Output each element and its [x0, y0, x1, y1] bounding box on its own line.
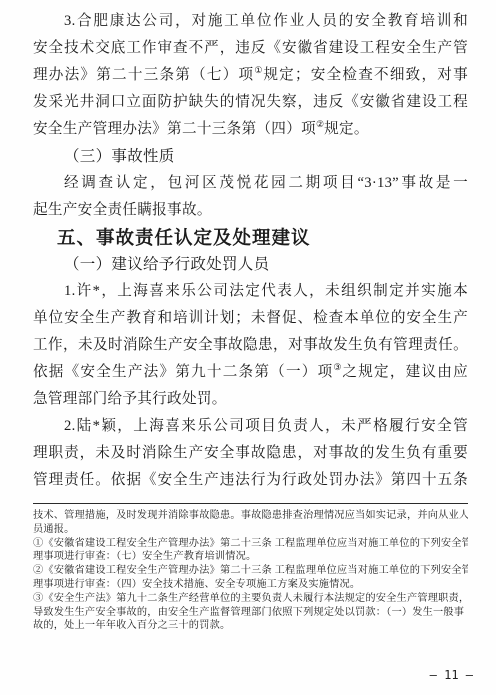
- footnote-line: 员通报。: [33, 523, 468, 537]
- body-line: 管理责任。依据《安全生产违法行为行政处罚办法》第四十五条: [33, 467, 468, 494]
- body-line-text: 安全生产管理办法》第二十三条第（四）项: [33, 121, 316, 137]
- footnote-line: 导致发生生产安全事故的，由安全生产监督管理部门依照下列规定处以罚款：（一）发生一…: [33, 606, 468, 620]
- section-heading-text: 五、事故责任认定及处理建议: [57, 227, 311, 248]
- body-line: 起生产安全责任瞒报事故。: [33, 197, 468, 224]
- page-number: – 11 –: [430, 668, 473, 682]
- subsection-heading-accident-nature: （三）事故性质: [33, 143, 468, 170]
- body-line-text: 发采光井洞口立面防护缺失的情况失察，违反《安徽省建设工程: [33, 94, 468, 110]
- body-line: 工作，未及时消除生产安全事故隐患，对事故发生负有管理责任。: [33, 332, 468, 359]
- body-line-text: 2.陆*颖，上海喜来乐公司项目负责人，未严格履行安全管: [64, 418, 468, 434]
- footnote-separator: [33, 503, 468, 504]
- subsection-heading-admin-penalty: （一）建议给予行政处罚人员: [33, 251, 468, 278]
- body-line-text: 规定。: [324, 121, 369, 137]
- footnote-line: 故的，处上一年年收入百分之三十的罚款。: [33, 619, 468, 633]
- body-line: 1.许*，上海喜来乐公司法定代表人，未组织制定并实施本: [33, 278, 468, 305]
- body-line-text: 工作，未及时消除生产安全事故隐患，对事故发生负有管理责任。: [33, 337, 468, 353]
- body-line-text: 急管理部门给予其行政处罚。: [33, 391, 227, 407]
- footnote-line: 技术、管理措施，及时发现并消除事故隐患。事故隐患排查治理情况应当如实记录，并向从…: [33, 509, 468, 523]
- document-page: 3.合肥康达公司，对施工单位作业人员的安全教育培训和 安全技术交底工作审查不严，…: [0, 0, 496, 695]
- body-line-text: 3.合肥康达公司，对施工单位作业人员的安全教育培训和: [64, 13, 468, 29]
- footnote-line: ③《安全生产法》第九十二条生产经营单位的主要负责人未履行本法规定的安全生产管理职…: [33, 592, 468, 606]
- body-line: 3.合肥康达公司，对施工单位作业人员的安全教育培训和: [33, 8, 468, 35]
- body-line-text: 依据《安全生产法》第九十二条第（一）项: [33, 364, 333, 380]
- body-line: 依据《安全生产法》第九十二条第（一）项③之规定，建议由应: [33, 359, 468, 386]
- body-line-text: 1.许*，上海喜来乐公司法定代表人，未组织制定并实施本: [64, 283, 468, 299]
- body-line-text: 规定；安全检查不细致，对事: [263, 67, 468, 83]
- body-line: 理职责，未及时消除生产安全事故隐患，对事故的发生负有重要: [33, 440, 468, 467]
- body-line: 发采光井洞口立面防护缺失的情况失察，违反《安徽省建设工程: [33, 89, 468, 116]
- body-line: 单位安全生产教育和培训计划；未督促、检查本单位的安全生产: [33, 305, 468, 332]
- subsection-heading-text: （三）事故性质: [64, 148, 175, 165]
- footnote-line: ②《安徽省建设工程安全生产管理办法》第二十三条 工程监理单位应当对施工单位的下列…: [33, 564, 468, 578]
- footnote-line: 理事项进行审查：（七）安全生产教育培训情况。: [33, 550, 468, 564]
- body-line-text: 单位安全生产教育和培训计划；未督促、检查本单位的安全生产: [33, 310, 468, 326]
- subsection-heading-text: （一）建议给予行政处罚人员: [64, 256, 269, 273]
- body-line-text: 之规定，建议由应: [342, 364, 468, 380]
- body-line-text: 起生产安全责任瞒报事故。: [33, 202, 212, 218]
- body-line: 安全生产管理办法》第二十三条第（四）项②规定。: [33, 116, 468, 143]
- body-line: 2.陆*颖，上海喜来乐公司项目负责人，未严格履行安全管: [33, 413, 468, 440]
- footnote-line: ①《安徽省建设工程安全生产管理办法》第二十三条 工程监理单位应当对施工单位的下列…: [33, 537, 468, 551]
- body-line-text: 理办法》第二十三条第（七）项: [33, 67, 254, 83]
- section-heading-responsibility: 五、事故责任认定及处理建议: [33, 224, 468, 251]
- body-line: 经调查认定，包河区茂悦花园二期项目“3·13”事故是一: [33, 170, 468, 197]
- footnotes-block: 技术、管理措施，及时发现并消除事故隐患。事故隐患排查治理情况应当如实记录，并向从…: [33, 509, 468, 633]
- body-line-text: 管理责任。依据《安全生产违法行为行政处罚办法》第四十五条: [33, 472, 468, 488]
- body-line-text: 经调查认定，包河区茂悦花园二期项目“3·13”事故是一: [64, 175, 468, 191]
- body-line-text: 理职责，未及时消除生产安全事故隐患，对事故的发生负有重要: [33, 445, 468, 461]
- footnote-ref-icon: ②: [316, 119, 324, 129]
- body-line-text: 安全技术交底工作审查不严，违反《安徽省建设工程安全生产管: [33, 40, 468, 56]
- body-line: 急管理部门给予其行政处罚。: [33, 386, 468, 413]
- body-line: 安全技术交底工作审查不严，违反《安徽省建设工程安全生产管: [33, 35, 468, 62]
- body-line: 理办法》第二十三条第（七）项①规定；安全检查不细致，对事: [33, 62, 468, 89]
- footnote-line: 理事项进行审查：（四）安全技术措施、安全专项施工方案及实施情况。: [33, 578, 468, 592]
